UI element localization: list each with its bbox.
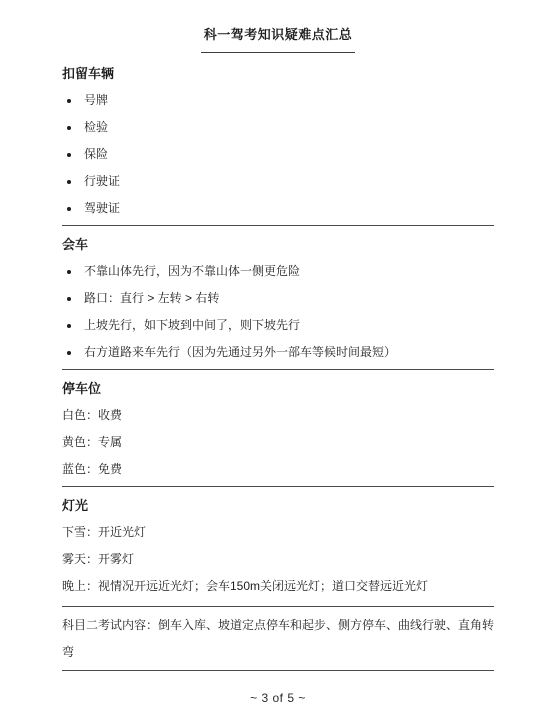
list-item: 上坡先行，如下坡到中间了，则下坡先行 bbox=[62, 312, 494, 339]
body-line: 黄色：专属 bbox=[62, 429, 494, 456]
body-line: 晚上：视情况开远近光灯；会车150m关闭远光灯；道口交替远近光灯 bbox=[62, 573, 494, 600]
title-row: 科一驾考知识疑难点汇总 bbox=[62, 0, 494, 53]
body-line: 蓝色：免费 bbox=[62, 456, 494, 483]
page-title: 科一驾考知识疑难点汇总 bbox=[201, 27, 356, 53]
bullet-list: 不靠山体先行，因为不靠山体一侧更危险 路口：直行 > 左转 > 右转 上坡先行，… bbox=[62, 258, 494, 366]
list-item: 行驶证 bbox=[62, 168, 494, 195]
body-line: 科目二考试内容：倒车入库、坡道定点停车和起步、侧方停车、曲线行驶、直角转弯 bbox=[62, 612, 494, 666]
list-item: 检验 bbox=[62, 114, 494, 141]
list-item-text: 不靠山体先行，因为不靠山体一侧更危险 bbox=[84, 264, 300, 278]
section-divider bbox=[62, 486, 494, 487]
list-item-text: 驾驶证 bbox=[84, 201, 120, 215]
bullet-icon bbox=[67, 324, 71, 328]
list-item: 保险 bbox=[62, 141, 494, 168]
section-divider bbox=[62, 670, 494, 671]
section-heading-lights: 灯光 bbox=[62, 492, 494, 519]
bullet-icon bbox=[67, 297, 71, 301]
bullet-icon bbox=[67, 351, 71, 355]
bullet-icon bbox=[67, 126, 71, 130]
bullet-list: 号牌 检验 保险 行驶证 驾驶证 bbox=[62, 87, 494, 222]
page-number: ~ 3 of 5 ~ bbox=[62, 685, 494, 712]
list-item: 路口：直行 > 左转 > 右转 bbox=[62, 285, 494, 312]
list-item-text: 右方道路来车先行（因为先通过另外一部车等候时间最短） bbox=[84, 345, 396, 359]
list-item: 号牌 bbox=[62, 87, 494, 114]
list-item-text: 号牌 bbox=[84, 93, 108, 107]
section-divider bbox=[62, 225, 494, 226]
list-item-text: 检验 bbox=[84, 120, 108, 134]
section-heading-detained-vehicles: 扣留车辆 bbox=[62, 60, 494, 87]
document-page: 科一驾考知识疑难点汇总 扣留车辆 号牌 检验 保险 行驶证 驾驶证 会车 不靠山… bbox=[62, 0, 494, 712]
body-line: 下雪：开近光灯 bbox=[62, 519, 494, 546]
bullet-icon bbox=[67, 270, 71, 274]
list-item: 不靠山体先行，因为不靠山体一侧更危险 bbox=[62, 258, 494, 285]
list-item: 右方道路来车先行（因为先通过另外一部车等候时间最短） bbox=[62, 339, 494, 366]
section-divider bbox=[62, 606, 494, 607]
bullet-icon bbox=[67, 180, 71, 184]
document-content: 扣留车辆 号牌 检验 保险 行驶证 驾驶证 会车 不靠山体先行，因为不靠山体一侧… bbox=[62, 60, 494, 671]
list-item: 驾驶证 bbox=[62, 195, 494, 222]
body-line: 雾天：开雾灯 bbox=[62, 546, 494, 573]
list-item-text: 上坡先行，如下坡到中间了，则下坡先行 bbox=[84, 318, 300, 332]
bullet-icon bbox=[67, 207, 71, 211]
list-item-text: 行驶证 bbox=[84, 174, 120, 188]
list-item-text: 保险 bbox=[84, 147, 108, 161]
bullet-icon bbox=[67, 99, 71, 103]
section-heading-parking-spots: 停车位 bbox=[62, 375, 494, 402]
section-heading-meeting-vehicles: 会车 bbox=[62, 231, 494, 258]
list-item-text: 路口：直行 > 左转 > 右转 bbox=[84, 291, 219, 305]
body-line: 白色：收费 bbox=[62, 402, 494, 429]
bullet-icon bbox=[67, 153, 71, 157]
section-divider bbox=[62, 369, 494, 370]
